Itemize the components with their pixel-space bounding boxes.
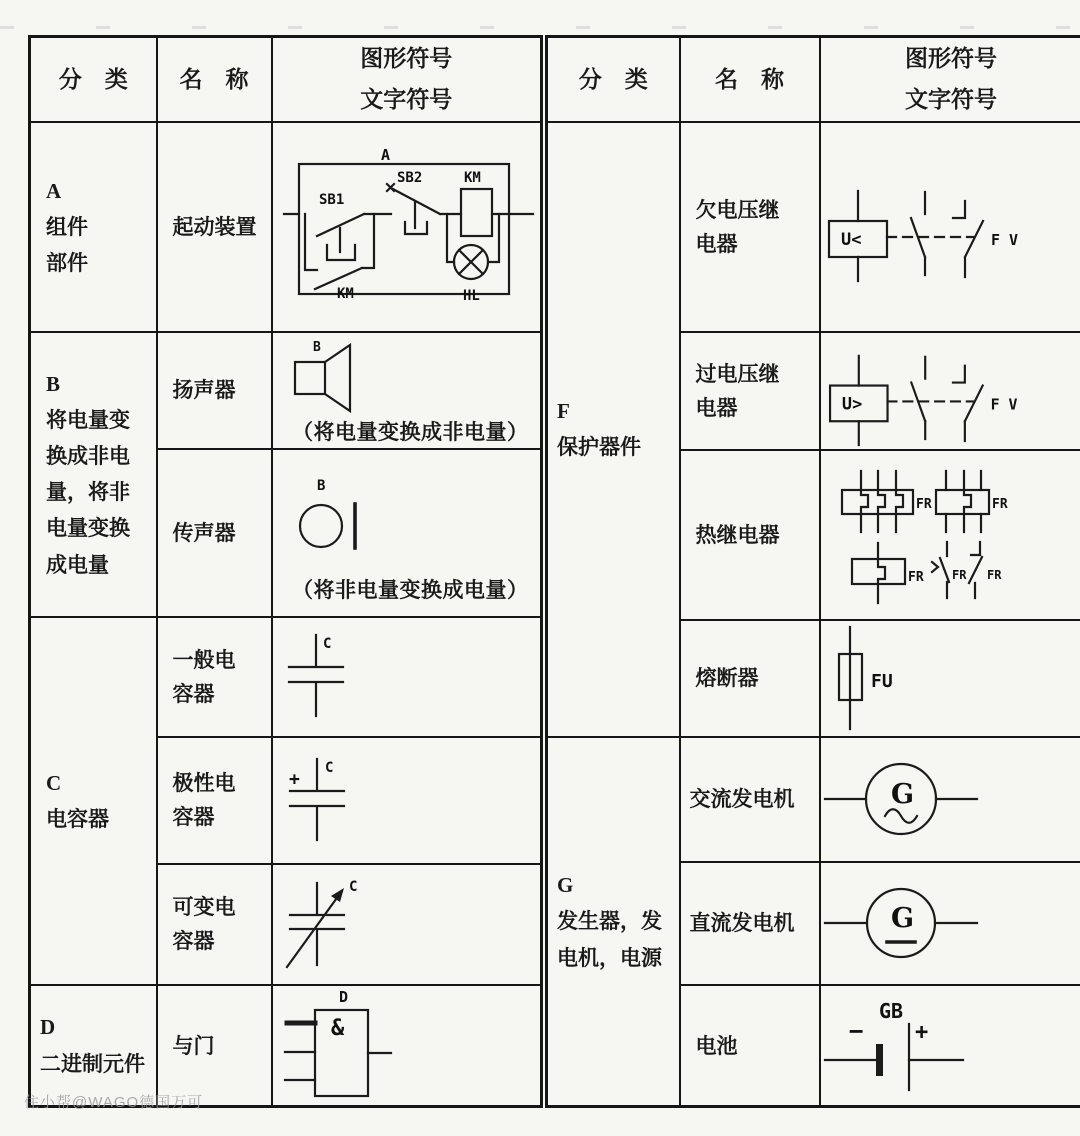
relay-contact-1	[911, 192, 925, 275]
cell-microphone-symbol: B （将非电量变换成电量）	[272, 449, 542, 617]
thermal-label-fr1: FR	[916, 497, 932, 512]
thermal-heater-elements-3p	[861, 471, 903, 532]
thermal-contact-1	[940, 542, 949, 598]
fuse-symbol: FU	[829, 625, 921, 731]
variable-capacitor-symbol: C	[281, 875, 373, 973]
thermal-label-fr5: FR	[987, 568, 1002, 582]
header-symbol: 图形符号 文字符号	[272, 37, 542, 122]
hl-lamp-cross	[459, 250, 483, 274]
battery-symbol: GB − +	[821, 998, 973, 1094]
undervoltage-relay-symbol: U< F V	[823, 169, 1075, 284]
relay-contact-1	[911, 357, 925, 439]
header-category: 分 类	[547, 37, 680, 122]
relay-box-text: U>	[841, 393, 861, 413]
lamp-branch-left	[447, 214, 454, 262]
thermal-heater-element-1p	[964, 471, 971, 532]
name-starter: 起动装置	[157, 122, 272, 332]
header-name: 名 称	[157, 37, 272, 122]
category-g: G 发生器，发 电机，电源	[547, 737, 680, 1107]
polar-capacitor-label-c: C	[325, 760, 333, 776]
thermal-label-fr4: FR	[952, 568, 967, 582]
cell-variable-capacitor-symbol: C	[272, 864, 542, 985]
and-gate-inputs	[285, 1052, 315, 1080]
table-row: A 组件 部件 起动装置 A SB1 KM SB2 KM	[30, 122, 542, 332]
and-gate-label-d: D	[339, 988, 348, 1006]
cell-starter-symbol: A SB1 KM SB2 KM	[272, 122, 542, 332]
name-ac-generator: 交流发电机	[680, 737, 820, 862]
thermal-heater-element-single	[878, 543, 885, 603]
header-category: 分 类	[30, 37, 157, 122]
name-microphone: 传声器	[157, 449, 272, 617]
relay-label-fv: F V	[991, 231, 1018, 249]
capacitor-label-c: C	[323, 636, 331, 652]
cell-speaker-symbol: B （将电量变换成非电量）	[272, 332, 542, 449]
table-row: F 保护器件 欠电压继 电器 U< F V	[547, 122, 1080, 332]
cell-thermal-symbol: FR FR FR FR FR	[820, 450, 1080, 620]
relay-contact-2	[953, 201, 983, 277]
speaker-label-b: B	[313, 340, 321, 355]
km-holding-contact	[315, 214, 374, 289]
cell-capacitor-symbol: C	[272, 617, 542, 737]
and-gate-amp: &	[331, 1016, 345, 1041]
microphone-label-b: B	[317, 478, 325, 494]
variable-capacitor-arrow-shaft	[287, 895, 339, 967]
cell-and-gate-symbol: D &	[272, 985, 542, 1107]
relay-label-fv: F V	[990, 395, 1017, 413]
sb1-actuator	[327, 228, 355, 260]
name-speaker: 扬声器	[157, 332, 272, 449]
table-row: D 二进制元件 与门 D &	[30, 985, 542, 1107]
name-dc-generator: 直流发电机	[680, 862, 820, 985]
name-overvoltage-relay: 过电压继 电器	[680, 332, 820, 450]
polar-capacitor-plus: +	[289, 769, 300, 790]
starter-label-km-coil: KM	[464, 170, 481, 186]
sb1-contact	[317, 214, 391, 236]
name-thermal-relay: 热继电器	[680, 450, 820, 620]
name-capacitor: 一般电 容器	[157, 617, 272, 737]
name-polar-capacitor: 极性电 容器	[157, 737, 272, 864]
scan-artifact	[0, 26, 1080, 29]
table-row: G 发生器，发 电机，电源 交流发电机 G	[547, 737, 1080, 862]
speaker-caption: （将电量变换成非电量）	[281, 416, 541, 446]
thermal-label-fr3: FR	[908, 570, 924, 585]
speaker-horn	[325, 345, 350, 411]
symbol-table-left: 分 类 名 称 图形符号 文字符号 A 组件 部件 起动装置 A SB1 KM …	[28, 35, 543, 1108]
name-undervoltage-relay: 欠电压继 电器	[680, 122, 820, 332]
name-variable-capacitor: 可变电 容器	[157, 864, 272, 985]
sb2-actuator	[405, 202, 427, 234]
microphone-symbol: B	[293, 476, 383, 558]
variable-capacitor-label-c: C	[349, 879, 357, 895]
relay-box-text: U<	[841, 230, 861, 250]
watermark: 住小帮@WAGO德国万可	[24, 1091, 203, 1112]
speaker-body	[295, 362, 325, 394]
header-name: 名 称	[680, 37, 820, 122]
thermal-contact-2	[969, 542, 982, 598]
generator-letter-g: G	[891, 903, 914, 934]
microphone-caption: （将非电量变换成电量）	[281, 574, 541, 604]
cell-polar-capacitor-symbol: C +	[272, 737, 542, 864]
battery-label-gb: GB	[879, 999, 903, 1023]
cell-ac-generator-symbol: G	[820, 737, 1080, 862]
relay-contact-2	[952, 366, 982, 441]
name-fuse: 熔断器	[680, 620, 820, 737]
battery-plus: +	[915, 1020, 928, 1045]
starter-label-sb2: SB2	[397, 170, 422, 186]
dc-generator-symbol: G	[821, 882, 981, 964]
starter-label-sb1: SB1	[319, 192, 344, 208]
category-c: C 电容器	[30, 617, 157, 985]
symbol-table-right: 分 类 名 称 图形符号 文字符号 F 保护器件 欠电压继 电器 U< F V …	[545, 35, 1080, 1108]
microphone-circle	[300, 505, 342, 547]
header-row: 分 类 名 称 图形符号 文字符号	[547, 37, 1080, 122]
starter-label-a: A	[381, 148, 390, 164]
cell-fuse-symbol: FU	[820, 620, 1080, 737]
table-row: B 将电量变 换成非电 量，将非 电量变换 成电量 扬声器 B （将电量变换成非…	[30, 332, 542, 449]
thermal-relay-symbol: FR FR FR FR FR	[825, 461, 1020, 609]
cell-overvoltage-symbol: U> F V	[820, 332, 1080, 450]
fuse-label-fu: FU	[871, 671, 893, 692]
variable-capacitor-arrowhead	[331, 888, 344, 902]
starter-label-km-contact: KM	[337, 286, 354, 302]
header-row: 分 类 名 称 图形符号 文字符号	[30, 37, 542, 122]
category-d: D 二进制元件	[30, 985, 157, 1107]
starter-circuit-symbol: A SB1 KM SB2 KM	[281, 148, 537, 306]
polar-capacitor-symbol: C +	[281, 752, 361, 848]
thermal-heater-box-1p	[936, 490, 989, 514]
and-gate-symbol: D &	[281, 988, 397, 1104]
table-row: C 电容器 一般电 容器 C	[30, 617, 542, 737]
thermal-release-chevron-1	[932, 562, 938, 572]
ac-tilde	[885, 810, 917, 824]
cell-battery-symbol: GB − +	[820, 985, 1080, 1107]
cell-dc-generator-symbol: G	[820, 862, 1080, 985]
sb2-contact	[391, 188, 461, 214]
thermal-label-fr2: FR	[992, 497, 1008, 512]
starter-left-bracket	[305, 214, 317, 270]
km-coil	[461, 189, 492, 236]
name-battery: 电池	[680, 985, 820, 1107]
battery-minus: −	[849, 1017, 863, 1045]
starter-label-hl: HL	[463, 288, 480, 304]
speaker-symbol: B	[287, 338, 377, 416]
battery-short-plate	[876, 1044, 883, 1076]
category-b: B 将电量变 换成非电 量，将非 电量变换 成电量	[30, 332, 157, 617]
overvoltage-relay-symbol: U> F V	[823, 334, 1075, 448]
name-and-gate: 与门	[157, 985, 272, 1107]
cell-undervoltage-symbol: U< F V	[820, 122, 1080, 332]
capacitor-symbol: C	[281, 630, 361, 724]
category-f: F 保护器件	[547, 122, 680, 737]
capacitor-plates	[289, 635, 343, 716]
generator-letter-g: G	[891, 779, 914, 810]
ac-generator-symbol: G	[821, 758, 981, 840]
symbol-reference-page: 分 类 名 称 图形符号 文字符号 A 组件 部件 起动装置 A SB1 KM …	[0, 0, 1080, 1136]
category-a: A 组件 部件	[30, 122, 157, 332]
header-symbol: 图形符号 文字符号	[820, 37, 1080, 122]
lamp-branch-right	[488, 214, 499, 262]
